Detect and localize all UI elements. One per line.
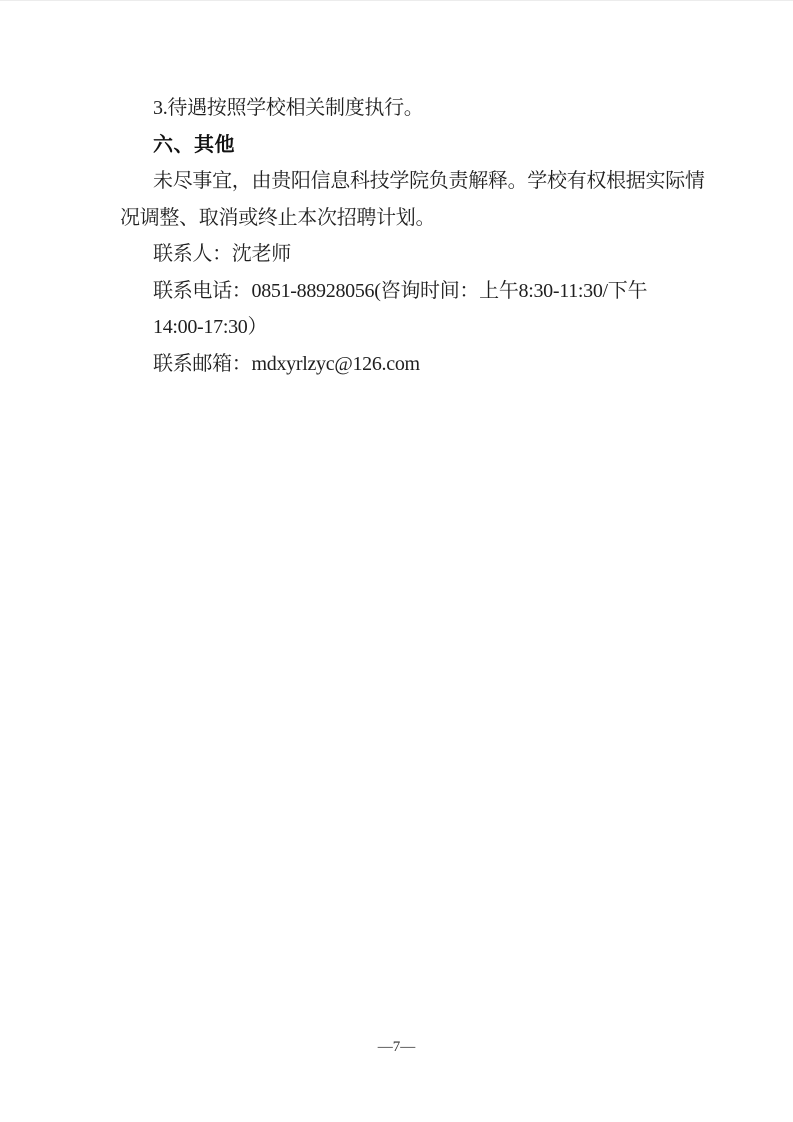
- contact-phone-line-2: 14:00-17:30）: [120, 309, 685, 346]
- paragraph-treatment-policy: 3.待遇按照学校相关制度执行。: [120, 90, 685, 127]
- contact-person-line: 联系人：沈老师: [120, 236, 685, 273]
- document-body: 3.待遇按照学校相关制度执行。 六、其他 未尽事宜，由贵阳信息科技学院负责解释。…: [120, 90, 685, 382]
- paragraph-disclaimer-line-2: 况调整、取消或终止本次招聘计划。: [120, 200, 685, 237]
- contact-phone-line-1: 联系电话：0851-88928056(咨询时间：上午8:30-11:30/下午: [120, 273, 685, 310]
- contact-email-line: 联系邮箱：mdxyrlzyc@126.com: [120, 346, 685, 383]
- page-footer: —7—: [0, 1037, 793, 1057]
- paragraph-disclaimer-line-1: 未尽事宜，由贵阳信息科技学院负责解释。学校有权根据实际情: [120, 163, 685, 200]
- section-heading-other: 六、其他: [120, 127, 685, 164]
- page-number: —7—: [378, 1039, 416, 1055]
- document-page: 3.待遇按照学校相关制度执行。 六、其他 未尽事宜，由贵阳信息科技学院负责解释。…: [0, 0, 793, 1122]
